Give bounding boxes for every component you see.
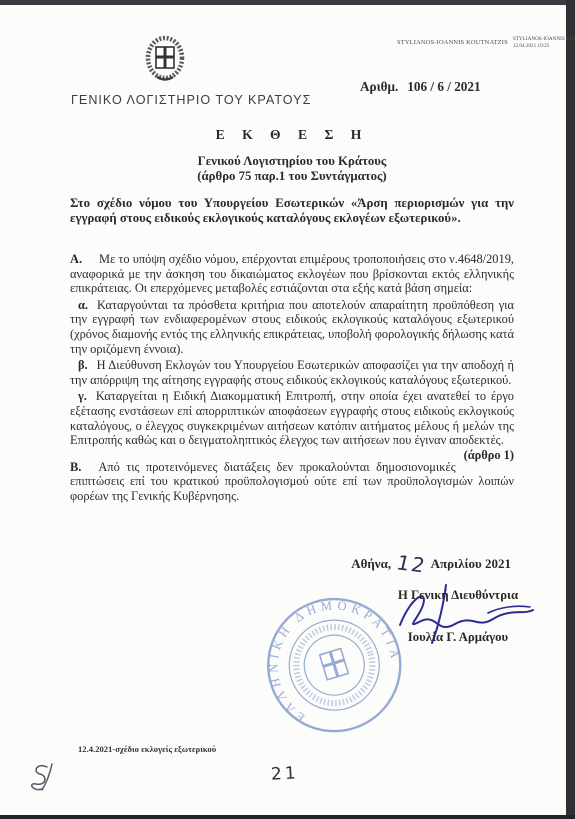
article-reference: (άρθρο 1) (456, 448, 514, 463)
paragraph-a-text: Με το υπόψη σχέδιο νόμου, επέρχονται επι… (70, 252, 514, 295)
handwritten-page-number: 21 (270, 763, 299, 784)
footer-filename-note: 12.4.2021-σχέδιο εκλογείς εξωτερικού (78, 744, 216, 754)
document-number-label: Αριθμ. (360, 79, 398, 94)
report-body: Α.Με το υπόψη σχέδιο νόμου, επέρχονται ε… (70, 252, 514, 506)
item-alpha-label: α. (78, 298, 88, 312)
item-beta-text: Η Διεύθυνση Εκλογών του Υπουργείου Εσωτε… (70, 358, 514, 387)
paragraph-a: Α.Με το υπόψη σχέδιο νόμου, επέρχονται ε… (70, 252, 514, 296)
digital-signature-datetime: 12.04.2021 19:25 (513, 43, 575, 50)
handwritten-initials-icon (25, 760, 67, 803)
digital-signature-imprint: STYLIANOS-IOANNIS KOUTNATZIS STYLIANOS-I… (397, 36, 575, 49)
paragraph-b-label: Β. (70, 460, 81, 474)
item-gamma-label: γ. (78, 389, 87, 403)
paragraph-b-text: Από τις προτεινόμενες διατάξεις δεν προκ… (70, 460, 514, 503)
report-subject: Στο σχέδιο νόμου του Υπουργείου Εσωτερικ… (70, 196, 514, 226)
signer-title: Η Γενική Διευθύντρια (368, 588, 548, 603)
signer-name: Ιουλία Γ. Αρμάγου (368, 630, 548, 645)
report-title: Ε Κ Θ Ε Σ Η (70, 127, 514, 143)
digital-signature-name: STYLIANOS-IOANNIS KOUTNATZIS (397, 36, 508, 46)
report-subtitle-issuer: Γενικού Λογιστηρίου του Κράτους (70, 154, 514, 169)
item-alpha-text: Καταργούνται τα πρόσθετα κριτήρια που απ… (70, 298, 514, 356)
report-subtitle-article: (άρθρο 75 παρ.1 του Συντάγματος) (70, 169, 514, 184)
organization-name: ΓΕΝΙΚΟ ΛΟΓΙΣΤΗΡΙΟ ΤΟΥ ΚΡΑΤΟΥΣ (71, 93, 311, 107)
document-number: Αριθμ.106 / 6 / 2021 (360, 79, 481, 95)
date-city: Αθήνα, (351, 556, 391, 571)
digital-signature-meta: STYLIANOS-IOANNIS KOUTNATZIS 12.04.2021 … (513, 36, 575, 49)
digital-signature-name-small: STYLIANOS-IOANNIS KOUTNATZIS (513, 36, 575, 43)
date-month-year: Απριλίου 2021 (431, 556, 511, 571)
item-beta-label: β. (78, 358, 88, 372)
scan-border-right (566, 0, 575, 819)
scanned-document-page: STYLIANOS-IOANNIS KOUTNATZIS STYLIANOS-I… (0, 0, 575, 819)
scan-border-top (0, 0, 575, 5)
handwritten-day: 12 (395, 550, 430, 577)
item-alpha: α.Καταργούνται τα πρόσθετα κριτήρια που … (70, 298, 514, 356)
greek-state-emblem-icon (142, 32, 188, 91)
paragraph-b: Β.Από τις προτεινόμενες διατάξεις δεν πρ… (70, 460, 514, 504)
item-gamma-text: Καταργείται η Ειδική Διακομματική Επιτρο… (70, 389, 514, 447)
document-number-value: 106 / 6 / 2021 (407, 79, 480, 94)
scan-border-bottom (0, 815, 575, 819)
paragraph-a-label: Α. (70, 252, 82, 266)
date-line: Αθήνα,12Απριλίου 2021 (351, 549, 511, 573)
signer-block: Η Γενική Διευθύντρια Ιουλία Γ. Αρμάγου (368, 588, 548, 645)
item-gamma: γ.Καταργείται η Ειδική Διακομματική Επιτ… (70, 389, 514, 447)
item-beta: β.Η Διεύθυνση Εκλογών του Υπουργείου Εσω… (70, 358, 514, 387)
